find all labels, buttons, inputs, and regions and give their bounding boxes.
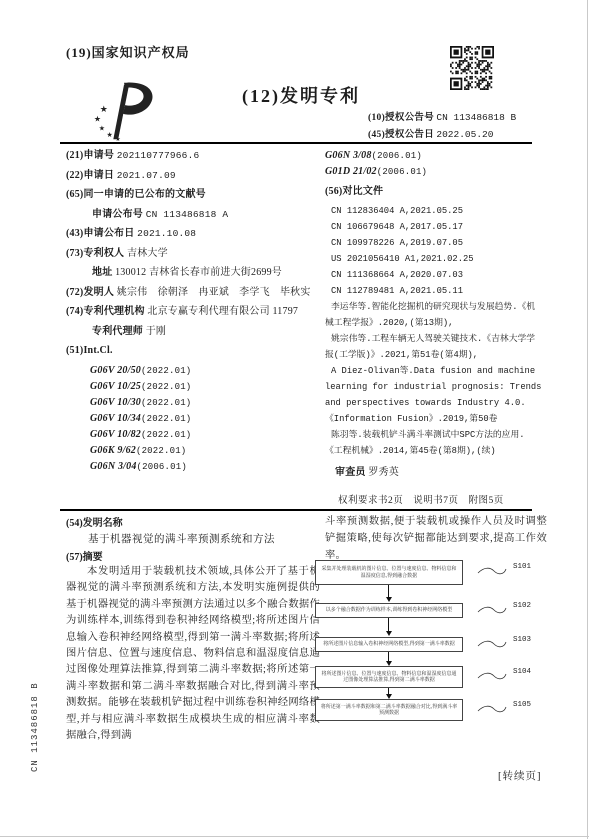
grant-date-label: (45)授权公告日 bbox=[368, 130, 434, 140]
citation: 姚宗伟等.工程车辆无人驾驶关键技术.《吉林大学学报(工学版)》.2021,第51… bbox=[325, 331, 542, 363]
header-divider bbox=[60, 142, 532, 144]
ipc-code: G01D 21/02(2006.01) bbox=[325, 164, 542, 180]
grant-date-value: 2022.05.20 bbox=[436, 129, 493, 140]
flowchart-step-box: 以多个融合数据作为训练样本,训练得到卷积神经网络模型 bbox=[315, 603, 463, 618]
flowchart-step-box: 采集并处理装载机的图片信息、位置与速度信息、物料信息和温湿度信息,得到融合数据 bbox=[315, 560, 463, 585]
step-reference: S103 bbox=[513, 636, 531, 644]
agency-row: (74)专利代理机构 北京专赢专利代理有限公司 11797 bbox=[66, 304, 320, 321]
ipc-code: G06N 3/04(2006.01) bbox=[90, 459, 320, 475]
svg-text:★: ★ bbox=[107, 131, 113, 139]
citation: US 2021056410 A1,2021.02.25 bbox=[325, 251, 542, 267]
inventors-label: (72)发明人 bbox=[66, 287, 114, 298]
application-date-row: (22)申请日 2021.07.09 bbox=[66, 168, 320, 185]
biblio-left-column: (21)申请号 202110777966.6 (22)申请日 2021.07.0… bbox=[66, 148, 320, 475]
flowchart-arrow bbox=[388, 585, 389, 598]
address-label: 地址 bbox=[92, 267, 112, 278]
ipc-code: G06V 20/50(2022.01) bbox=[90, 363, 320, 379]
svg-text:★: ★ bbox=[100, 104, 108, 114]
cited-documents-label: (56)对比文件 bbox=[325, 184, 542, 201]
cnipa-logo-icon: ★ ★ ★ ★ ★ bbox=[90, 78, 160, 144]
patent-front-page: (19)国家知识产权局 ★ ★ ★ ★ ★ (12)发明专利 (10)授权公告号… bbox=[0, 0, 589, 839]
citation: A Diez-Olivan等.Data fusion and machine l… bbox=[325, 363, 542, 427]
step-reference: S104 bbox=[513, 668, 531, 676]
reference-connector bbox=[477, 639, 507, 649]
svg-text:★: ★ bbox=[99, 124, 105, 132]
flowchart-step-box: 将所述第一满斗率数据和第二满斗率数据融合对比,得到满斗率预测数据 bbox=[315, 699, 463, 721]
reference-connector bbox=[477, 671, 507, 681]
agent-value: 于刚 bbox=[146, 326, 166, 337]
flowchart-arrow bbox=[388, 618, 389, 632]
application-number-value: 202110777966.6 bbox=[117, 150, 200, 161]
agency-label: (74)专利代理机构 bbox=[66, 306, 145, 317]
ipc-code: G06K 9/62(2022.01) bbox=[90, 443, 320, 459]
prior-publication-number-row: 申请公布号 CN 113486818 A bbox=[66, 207, 320, 224]
address-row: 地址 130012 吉林省长春市前进大街2699号 bbox=[66, 265, 320, 282]
step-reference: S105 bbox=[513, 701, 531, 709]
ipc-code: G06V 10/82(2022.01) bbox=[90, 427, 320, 443]
intcl-row: (51)Int.Cl. bbox=[66, 343, 320, 360]
invention-title: 基于机器视觉的满斗率预测系统和方法 bbox=[88, 531, 275, 546]
prior-publication-row: (65)同一申请的已公布的文献号 bbox=[66, 187, 320, 204]
grant-number-line: (10)授权公告号 CN 113486818 B bbox=[368, 109, 516, 123]
qr-code bbox=[450, 46, 494, 90]
inventors-value: 姚宗伟 徐朝泽 冉亚斌 李学飞 毕秋实 bbox=[117, 287, 311, 298]
citation: CN 111368664 A,2020.07.03 bbox=[325, 267, 542, 283]
agent-label: 专利代理师 bbox=[92, 326, 143, 337]
document-kind: (12)发明专利 bbox=[242, 82, 360, 108]
prior-publication-label: (65)同一申请的已公布的文献号 bbox=[66, 189, 206, 200]
prior-publication-number-label: 申请公布号 bbox=[92, 209, 143, 220]
pages-info: 权利要求书2页 说明书7页 附图5页 bbox=[338, 492, 504, 506]
intcl-label: (51)Int.Cl. bbox=[66, 345, 113, 356]
ipc-code: G06V 10/25(2022.01) bbox=[90, 379, 320, 395]
flowchart-step-box: 将所述图片信息、位置与速度信息、物料信息和温湿度信息通过图像处理算法推算,得到第… bbox=[315, 666, 463, 688]
examiner-value: 罗秀英 bbox=[368, 467, 399, 478]
intcl-continued: G06N 3/08(2006.01) G01D 21/02(2006.01) bbox=[325, 148, 542, 180]
citation: CN 106679648 A,2017.05.17 bbox=[325, 219, 542, 235]
citation: CN 109978226 A,2019.07.05 bbox=[325, 235, 542, 251]
patentee-label: (73)专利权人 bbox=[66, 248, 124, 259]
application-number-row: (21)申请号 202110777966.6 bbox=[66, 148, 320, 165]
reference-connector bbox=[477, 704, 507, 714]
address-value: 130012 吉林省长春市前进大街2699号 bbox=[115, 267, 282, 278]
reference-connector bbox=[477, 605, 507, 615]
application-date-label: (22)申请日 bbox=[66, 170, 114, 181]
biblio-right-column: G06N 3/08(2006.01) G01D 21/02(2006.01) (… bbox=[325, 148, 542, 481]
inventors-row: (72)发明人 姚宗伟 徐朝泽 冉亚斌 李学飞 毕秋实 bbox=[66, 285, 320, 302]
citations-list: CN 112836404 A,2021.05.25 CN 106679648 A… bbox=[325, 203, 542, 459]
publication-date-value: 2021.10.08 bbox=[137, 228, 196, 239]
intcl-list: G06V 20/50(2022.01) G06V 10/25(2022.01) … bbox=[66, 363, 320, 475]
abstract-left-body: 本发明适用于装载机技术领域,具体公开了基于机器视觉的满斗率预测系统和方法,本发明… bbox=[66, 566, 320, 741]
publication-date-label: (43)申请公布日 bbox=[66, 228, 134, 239]
title-section-label: (54)发明名称 bbox=[66, 514, 123, 529]
examiner-label: 审查员 bbox=[335, 467, 366, 478]
application-number-label: (21)申请号 bbox=[66, 150, 114, 161]
flowchart-arrow bbox=[388, 688, 389, 695]
agency-value: 北京专赢专利代理有限公司 11797 bbox=[147, 306, 298, 317]
patentee-row: (73)专利权人 吉林大学 bbox=[66, 246, 320, 263]
flowchart-step-box: 将所述图片信息输入卷积神经网络模型,得到第一满斗率数据 bbox=[315, 637, 463, 652]
side-document-code: CN 113486818 B bbox=[30, 612, 40, 772]
examiner-row: 审查员 罗秀英 bbox=[325, 465, 542, 482]
abstract-label: (57)摘要 bbox=[66, 548, 103, 563]
citation: CN 112836404 A,2021.05.25 bbox=[325, 203, 542, 219]
citation: CN 112789481 A,2021.05.11 bbox=[325, 283, 542, 299]
ipc-code: G06V 10/34(2022.01) bbox=[90, 411, 320, 427]
grant-number-label: (10)授权公告号 bbox=[368, 113, 434, 123]
flowchart-arrow bbox=[388, 652, 389, 662]
ipc-code: G06V 10/30(2022.01) bbox=[90, 395, 320, 411]
step-reference: S102 bbox=[513, 602, 531, 610]
abstract-text-right: 斗率预测数据,便于装载机或操作人员及时调整铲掘策略,使每次铲掘都能达到要求,提高… bbox=[325, 514, 547, 564]
grant-number-value: CN 113486818 B bbox=[436, 112, 516, 123]
ipc-code: G06N 3/08(2006.01) bbox=[325, 148, 542, 164]
continued-page-note: [转续页] bbox=[498, 768, 542, 783]
reference-connector bbox=[477, 566, 507, 576]
publication-date-row: (43)申请公布日 2021.10.08 bbox=[66, 226, 320, 243]
application-date-value: 2021.07.09 bbox=[117, 170, 176, 181]
agent-row: 专利代理师 于刚 bbox=[66, 324, 320, 341]
citation: 李运华等.智能化挖掘机的研究现状与发展趋势.《机械工程学报》.2020,(第13… bbox=[325, 299, 542, 331]
svg-text:★: ★ bbox=[94, 115, 101, 124]
abstract-text-left: 本发明适用于装载机技术领域,具体公开了基于机器视觉的满斗率预测系统和方法,本发明… bbox=[66, 564, 320, 744]
grant-date-line: (45)授权公告日 2022.05.20 bbox=[368, 126, 493, 140]
section-divider bbox=[60, 509, 532, 511]
prior-publication-number-value: CN 113486818 A bbox=[146, 209, 229, 220]
step-reference: S101 bbox=[513, 563, 531, 571]
citation: 陈羽等.装载机铲斗满斗率测试中SPC方法的应用.《工程机械》.2014,第45卷… bbox=[325, 427, 542, 459]
office-name: (19)国家知识产权局 bbox=[66, 42, 190, 61]
patentee-value: 吉林大学 bbox=[127, 248, 168, 259]
